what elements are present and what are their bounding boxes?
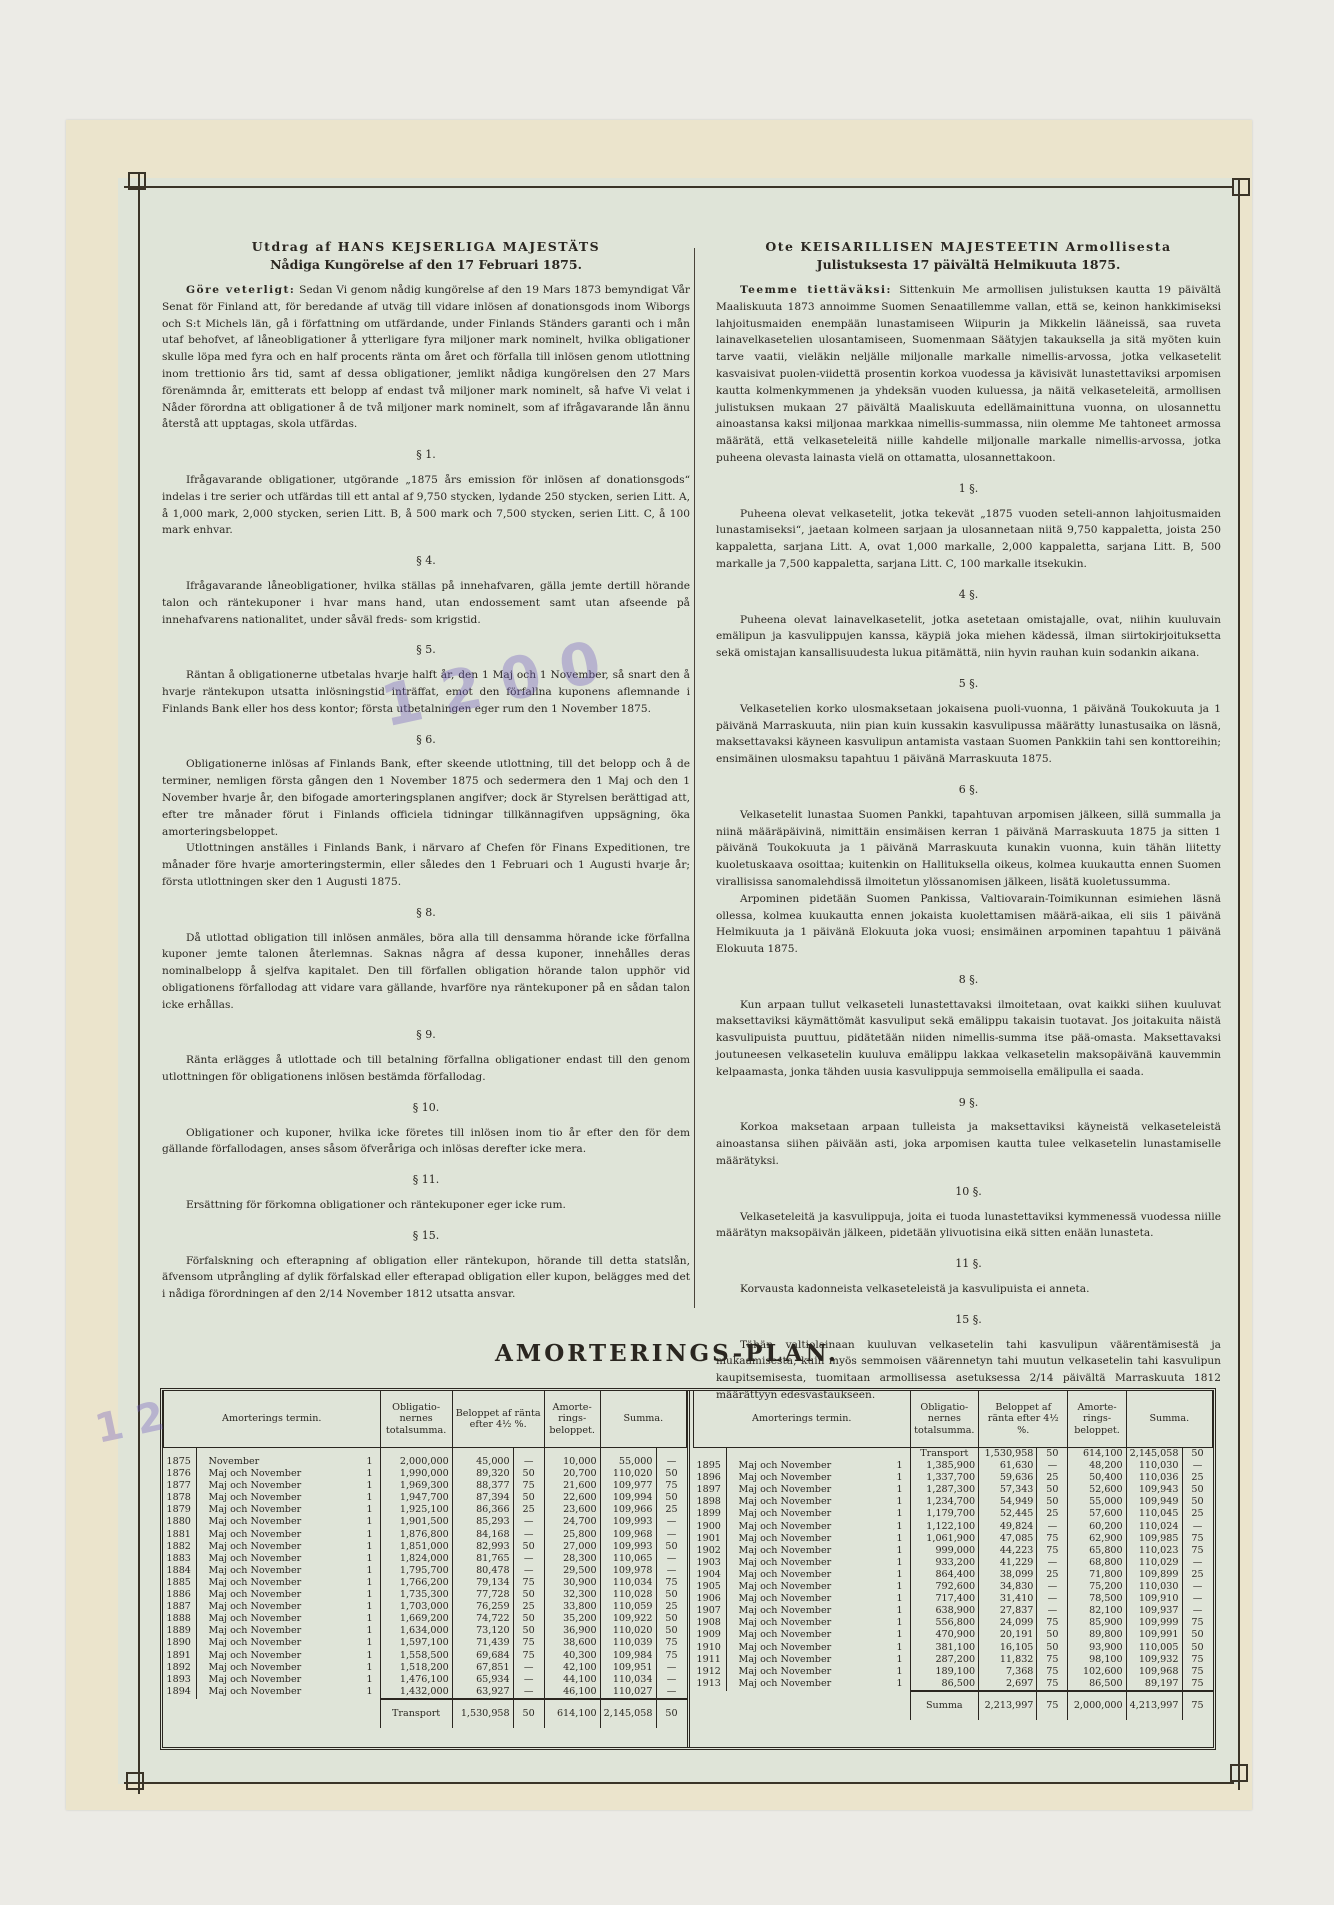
corner-ornament-bl <box>126 1772 144 1790</box>
table-row: 1896Maj och November11,337,70059,6362550… <box>694 1472 1213 1484</box>
finnish-intro-lead: Teemme tiettäväksi: <box>740 284 892 296</box>
finnish-column: Ote KEISARILLISEN MAJESTEETIN Armollises… <box>716 238 1221 1404</box>
swedish-section-paragraph: Obligationerne inlösas af Finlands Bank,… <box>162 756 690 840</box>
frame-bottom <box>124 1782 1234 1784</box>
table-row: 1905Maj och November1792,60034,830—75,20… <box>694 1581 1213 1593</box>
table-row: 1907Maj och November1638,90027,837—82,10… <box>694 1605 1213 1617</box>
finnish-section-title: 1 §. <box>716 481 1221 498</box>
swedish-section-paragraph: Ränta erlägges å utlottade och till beta… <box>162 1052 690 1086</box>
table-row: 1895Maj och November11,385,90061,630—48,… <box>694 1460 1213 1472</box>
swedish-section-paragraph: Ersättning för förkomna obligationer och… <box>162 1197 690 1214</box>
table-row: 1878Maj och November11,947,70087,3945022… <box>164 1492 687 1504</box>
frame-right <box>1238 178 1240 1790</box>
swedish-section-paragraph: Förfalskning och efterapning af obligati… <box>162 1253 690 1303</box>
table-row: 1909Maj och November1470,90020,1915089,8… <box>694 1629 1213 1641</box>
amortization-table-right: Amorterings termin.Obligatio-nernes tota… <box>693 1391 1213 1747</box>
table-row: 1912Maj och November1189,1007,36875102,6… <box>694 1666 1213 1678</box>
finnish-section-paragraph: Puheena olevat lainavelkasetelit, jotka … <box>716 612 1221 662</box>
table-row: 1903Maj och November1933,20041,229—68,80… <box>694 1557 1213 1569</box>
table-row: 1880Maj och November11,901,50085,293—24,… <box>164 1516 687 1528</box>
table-row: 1876Maj och November11,990,00089,3205020… <box>164 1468 687 1480</box>
table-row: 1886Maj och November11,735,30077,7285032… <box>164 1589 687 1601</box>
swedish-heading-line1: Utdrag af HANS KEJSERLIGA MAJESTÄTS <box>162 238 690 256</box>
finnish-section-title: 9 §. <box>716 1095 1221 1112</box>
finnish-section-title: 11 §. <box>716 1256 1221 1273</box>
table-header-cell: Obligatio-nernes totalsumma. <box>910 1391 979 1448</box>
table-row: 1882Maj och November11,851,00082,9935027… <box>164 1541 687 1553</box>
swedish-intro: Göre veterligt: Sedan Vi genom nådig kun… <box>162 282 690 433</box>
finnish-sections: 1 §.Puheena olevat velkasetelit, jotka t… <box>716 481 1221 1404</box>
finnish-section-title: 8 §. <box>716 972 1221 989</box>
table-row: 1902Maj och November1999,00044,2237565,8… <box>694 1545 1213 1557</box>
table-row: 1899Maj och November11,179,70052,4452557… <box>694 1508 1213 1520</box>
finnish-section-paragraph: Korkoa maksetaan arpaan tulleista ja mak… <box>716 1119 1221 1169</box>
finnish-heading: Ote KEISARILLISEN MAJESTEETIN Armollises… <box>716 238 1221 274</box>
table-row: 1888Maj och November11,669,20074,7225035… <box>164 1613 687 1625</box>
table-row: 1889Maj och November11,634,00073,1205036… <box>164 1625 687 1637</box>
swedish-section-paragraph: Ifrågavarande låneobligationer, hvilka s… <box>162 578 690 628</box>
finnish-section-paragraph: Velkaseteleitä ja kasvulippuja, joita ei… <box>716 1209 1221 1243</box>
finnish-section-title: 5 §. <box>716 676 1221 693</box>
table-row: 1890Maj och November11,597,10071,4397538… <box>164 1637 687 1649</box>
finnish-section-title: 15 §. <box>716 1312 1221 1329</box>
table-header-cell: Summa. <box>1126 1391 1212 1448</box>
table-row: 1913Maj och November186,5002,6977586,500… <box>694 1678 1213 1691</box>
table-row: 1875November12,000,00045,000—10,00055,00… <box>164 1456 687 1468</box>
table-row: 1885Maj och November11,766,20079,1347530… <box>164 1577 687 1589</box>
amortization-table: Amorterings termin.Obligatio-nernes tota… <box>160 1388 1216 1750</box>
swedish-heading-line2: Nådiga Kungörelse af den 17 Februari 187… <box>162 256 690 274</box>
table-row: 1901Maj och November11,061,90047,0857562… <box>694 1533 1213 1545</box>
table-header-cell: Amorte-rings-beloppet. <box>544 1391 600 1448</box>
finnish-intro: Teemme tiettäväksi: Sittenkuin Me armoll… <box>716 282 1221 467</box>
swedish-section-paragraph: Ifrågavarande obligationer, utgörande „1… <box>162 472 690 539</box>
table-row: 1893Maj och November11,476,10065,934—44,… <box>164 1674 687 1686</box>
table-row: 1891Maj och November11,558,50069,6847540… <box>164 1650 687 1662</box>
table-row: 1904Maj och November1864,40038,0992571,8… <box>694 1569 1213 1581</box>
table-row: 1892Maj och November11,518,20067,851—42,… <box>164 1662 687 1674</box>
transport-row: Transport1,530,95850614,1002,145,05850 <box>164 1699 687 1728</box>
summa-row: Summa2,213,997752,000,0004,213,99775 <box>694 1691 1213 1720</box>
table-row: 1906Maj och November1717,40031,410—78,50… <box>694 1593 1213 1605</box>
table-row: 1897Maj och November11,287,30057,3435052… <box>694 1484 1213 1496</box>
column-divider <box>694 248 695 1308</box>
table-row: 1911Maj och November1287,20011,8327598,1… <box>694 1654 1213 1666</box>
finnish-section-paragraph: Korvausta kadonneista velkaseteleistä ja… <box>716 1281 1221 1298</box>
swedish-intro-text: Sedan Vi genom nådig kungörelse af den 1… <box>162 284 690 430</box>
table-header-cell: Amorterings termin. <box>164 1391 381 1448</box>
swedish-heading: Utdrag af HANS KEJSERLIGA MAJESTÄTS Nådi… <box>162 238 690 274</box>
frame-left <box>138 172 140 1794</box>
table-row: 1884Maj och November11,795,70080,478—29,… <box>164 1565 687 1577</box>
transport-carried-row: Transport1,530,95850614,1002,145,05850 <box>694 1448 1213 1461</box>
swedish-section-paragraph: Utlottningen anställes i Finlands Bank, … <box>162 840 690 890</box>
amortization-right-grid: Amorterings termin.Obligatio-nernes tota… <box>693 1391 1213 1720</box>
table-row: 1900Maj och November11,122,10049,824—60,… <box>694 1521 1213 1533</box>
swedish-section-title: § 5. <box>162 642 690 659</box>
finnish-section-paragraph: Arpominen pidetään Suomen Pankissa, Valt… <box>716 891 1221 958</box>
corner-ornament-br <box>1230 1764 1248 1782</box>
finnish-section-paragraph: Velkasetelien korko ulosmaksetaan jokais… <box>716 701 1221 768</box>
swedish-section-title: § 6. <box>162 732 690 749</box>
swedish-section-paragraph: Räntan å obligationerne utbetalas hvarje… <box>162 667 690 717</box>
swedish-section-paragraph: Obligationer och kuponer, hvilka icke fö… <box>162 1125 690 1159</box>
table-row: 1894Maj och November11,432,00063,927—46,… <box>164 1686 687 1699</box>
swedish-section-title: § 9. <box>162 1027 690 1044</box>
amortization-left-grid: Amorterings termin.Obligatio-nernes tota… <box>163 1391 687 1728</box>
amortization-plan-title: AMORTERINGS-PLAN. <box>0 1340 1334 1367</box>
table-row: 1883Maj och November11,824,00081,765—28,… <box>164 1553 687 1565</box>
swedish-intro-lead: Göre veterligt: <box>186 284 295 296</box>
corner-ornament-tl <box>128 172 146 190</box>
swedish-section-title: § 10. <box>162 1100 690 1117</box>
table-row: 1887Maj och November11,703,00076,2592533… <box>164 1601 687 1613</box>
swedish-section-title: § 15. <box>162 1228 690 1245</box>
table-row: 1881Maj och November11,876,80084,168—25,… <box>164 1529 687 1541</box>
finnish-section-paragraph: Velkasetelit lunastaa Suomen Pankki, tap… <box>716 807 1221 891</box>
finnish-section-paragraph: Kun arpaan tullut velkaseteli lunastetta… <box>716 997 1221 1081</box>
swedish-section-paragraph: Då utlottad obligation till inlösen anmä… <box>162 930 690 1014</box>
frame-top <box>124 186 1234 188</box>
finnish-section-title: 4 §. <box>716 587 1221 604</box>
finnish-intro-text: Sittenkuin Me armollisen julistuksen kau… <box>716 284 1221 464</box>
finnish-heading-line2: Julistuksesta 17 päivältä Helmikuuta 187… <box>716 256 1221 274</box>
swedish-column: Utdrag af HANS KEJSERLIGA MAJESTÄTS Nådi… <box>162 238 690 1303</box>
table-row: 1898Maj och November11,234,70054,9495055… <box>694 1496 1213 1508</box>
table-header-cell: Beloppet af ränta efter 4½ %. <box>979 1391 1068 1448</box>
swedish-sections: § 1.Ifrågavarande obligationer, utgörand… <box>162 447 690 1303</box>
finnish-section-title: 6 §. <box>716 782 1221 799</box>
table-header-cell: Beloppet af ränta efter 4½ %. <box>452 1391 544 1448</box>
table-header-cell: Obligatio-nernes totalsumma. <box>380 1391 452 1448</box>
table-row: 1908Maj och November1556,80024,0997585,9… <box>694 1617 1213 1629</box>
table-header-cell: Amorte-rings-beloppet. <box>1068 1391 1126 1448</box>
swedish-section-title: § 11. <box>162 1172 690 1189</box>
swedish-section-title: § 4. <box>162 553 690 570</box>
finnish-section-title: 10 §. <box>716 1184 1221 1201</box>
table-row: 1910Maj och November1381,10016,1055093,9… <box>694 1642 1213 1654</box>
corner-ornament-tr <box>1232 178 1250 196</box>
table-row: 1879Maj och November11,925,10086,3662523… <box>164 1504 687 1516</box>
table-row: 1877Maj och November11,969,30088,3777521… <box>164 1480 687 1492</box>
finnish-heading-line1: Ote KEISARILLISEN MAJESTEETIN Armollises… <box>716 238 1221 256</box>
swedish-section-title: § 1. <box>162 447 690 464</box>
swedish-section-title: § 8. <box>162 905 690 922</box>
amortization-table-left: Amorterings termin.Obligatio-nernes tota… <box>163 1391 690 1747</box>
finnish-section-paragraph: Puheena olevat velkasetelit, jotka tekev… <box>716 506 1221 573</box>
table-header-cell: Amorterings termin. <box>694 1391 911 1448</box>
table-header-cell: Summa. <box>600 1391 686 1448</box>
